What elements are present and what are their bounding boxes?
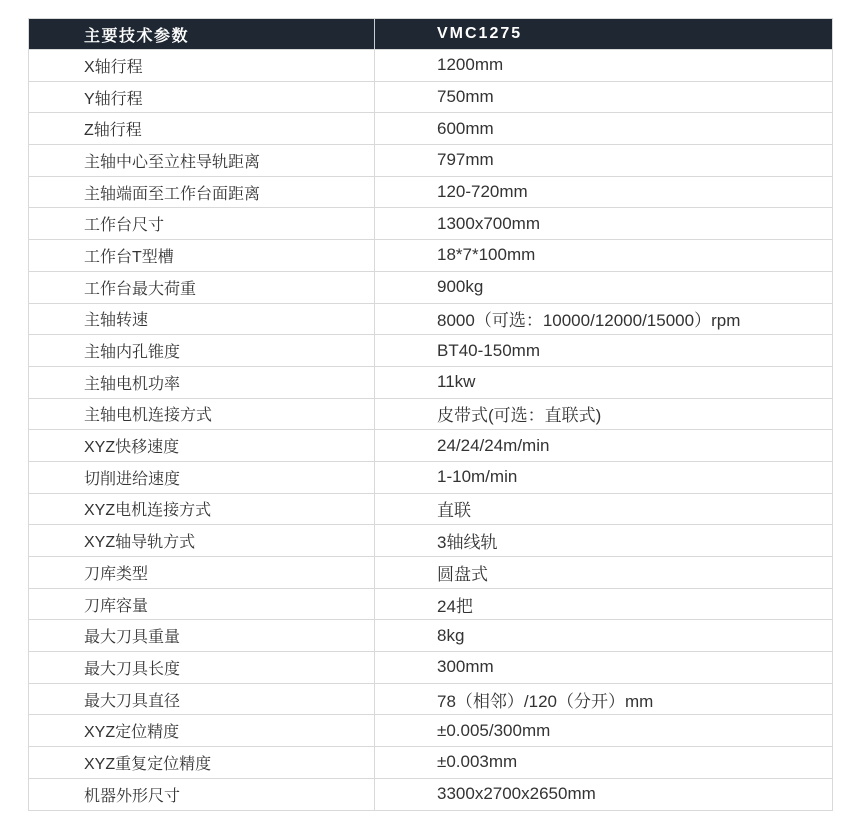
spec-label: XYZ轴导轨方式 [29,525,375,556]
table-row: 主轴内孔锥度 BT40-150mm [29,334,832,366]
spec-label: 刀库容量 [29,589,375,620]
spec-label: 主轴中心至立柱导轨距离 [29,145,375,176]
spec-value: 24把 [375,589,832,620]
table-row: 主轴端面至工作台面距离 120-720mm [29,176,832,208]
spec-value: 750mm [375,82,832,113]
spec-value: 8000（可选：10000/12000/15000）rpm [375,304,832,335]
spec-value: 11kw [375,367,832,398]
table-row: 主轴电机功率 11kw [29,366,832,398]
spec-value: 1300x700mm [375,208,832,239]
spec-value: 3轴线轨 [375,525,832,556]
table-row: 刀库类型 圆盘式 [29,556,832,588]
spec-label: 刀库类型 [29,557,375,588]
spec-label: X轴行程 [29,50,375,81]
spec-label: 主轴转速 [29,304,375,335]
spec-label: XYZ定位精度 [29,715,375,746]
table-row: 最大刀具直径 78（相邻）/120（分开）mm [29,683,832,715]
spec-value: 120-720mm [375,177,832,208]
table-row: 机器外形尺寸 3300x2700x2650mm [29,778,832,810]
table-row: XYZ轴导轨方式 3轴线轨 [29,524,832,556]
table-row: 工作台T型槽 18*7*100mm [29,239,832,271]
page: 主要技术参数 VMC1275 X轴行程 1200mm Y轴行程 750mm Z轴… [0,0,860,835]
spec-value: 300mm [375,652,832,683]
table-row: XYZ重复定位精度 ±0.003mm [29,746,832,778]
spec-label: 主轴电机连接方式 [29,399,375,430]
spec-value: 直联 [375,494,832,525]
table-row: 刀库容量 24把 [29,588,832,620]
table-header-model: VMC1275 [375,19,832,49]
spec-label: XYZ快移速度 [29,430,375,461]
table-header-row: 主要技术参数 VMC1275 [29,19,832,49]
spec-label: 主轴内孔锥度 [29,335,375,366]
table-row: X轴行程 1200mm [29,49,832,81]
spec-value: 1-10m/min [375,462,832,493]
spec-value: 797mm [375,145,832,176]
spec-label: XYZ重复定位精度 [29,747,375,778]
spec-label: 机器外形尺寸 [29,779,375,810]
table-row: 工作台最大荷重 900kg [29,271,832,303]
spec-value: 3300x2700x2650mm [375,779,832,810]
spec-value: ±0.003mm [375,747,832,778]
spec-value: ±0.005/300mm [375,715,832,746]
table-row: 主轴中心至立柱导轨距离 797mm [29,144,832,176]
spec-label: 工作台尺寸 [29,208,375,239]
spec-label: 最大刀具直径 [29,684,375,715]
table-row: 最大刀具长度 300mm [29,651,832,683]
spec-label: 主轴端面至工作台面距离 [29,177,375,208]
table-row: 主轴转速 8000（可选：10000/12000/15000）rpm [29,303,832,335]
spec-value: 78（相邻）/120（分开）mm [375,684,832,715]
table-row: XYZ电机连接方式 直联 [29,493,832,525]
spec-label: 工作台T型槽 [29,240,375,271]
table-row: Y轴行程 750mm [29,81,832,113]
spec-value: 皮带式(可选：直联式) [375,399,832,430]
table-row: 工作台尺寸 1300x700mm [29,207,832,239]
table-row: 最大刀具重量 8kg [29,619,832,651]
spec-value: 圆盘式 [375,557,832,588]
table-row: XYZ定位精度 ±0.005/300mm [29,714,832,746]
spec-label: 工作台最大荷重 [29,272,375,303]
spec-label: XYZ电机连接方式 [29,494,375,525]
spec-value: 24/24/24m/min [375,430,832,461]
spec-value: 18*7*100mm [375,240,832,271]
spec-value: 1200mm [375,50,832,81]
table-row: 主轴电机连接方式 皮带式(可选：直联式) [29,398,832,430]
spec-label: 最大刀具重量 [29,620,375,651]
table-row: XYZ快移速度 24/24/24m/min [29,429,832,461]
spec-label: 主轴电机功率 [29,367,375,398]
spec-value: BT40-150mm [375,335,832,366]
spec-table: 主要技术参数 VMC1275 X轴行程 1200mm Y轴行程 750mm Z轴… [28,18,833,811]
table-body: X轴行程 1200mm Y轴行程 750mm Z轴行程 600mm 主轴中心至立… [29,49,832,810]
table-row: 切削进给速度 1-10m/min [29,461,832,493]
spec-value: 900kg [375,272,832,303]
spec-label: 切削进给速度 [29,462,375,493]
spec-label: Y轴行程 [29,82,375,113]
spec-label: 最大刀具长度 [29,652,375,683]
spec-value: 600mm [375,113,832,144]
spec-value: 8kg [375,620,832,651]
table-header-param: 主要技术参数 [29,19,375,49]
spec-label: Z轴行程 [29,113,375,144]
table-row: Z轴行程 600mm [29,112,832,144]
